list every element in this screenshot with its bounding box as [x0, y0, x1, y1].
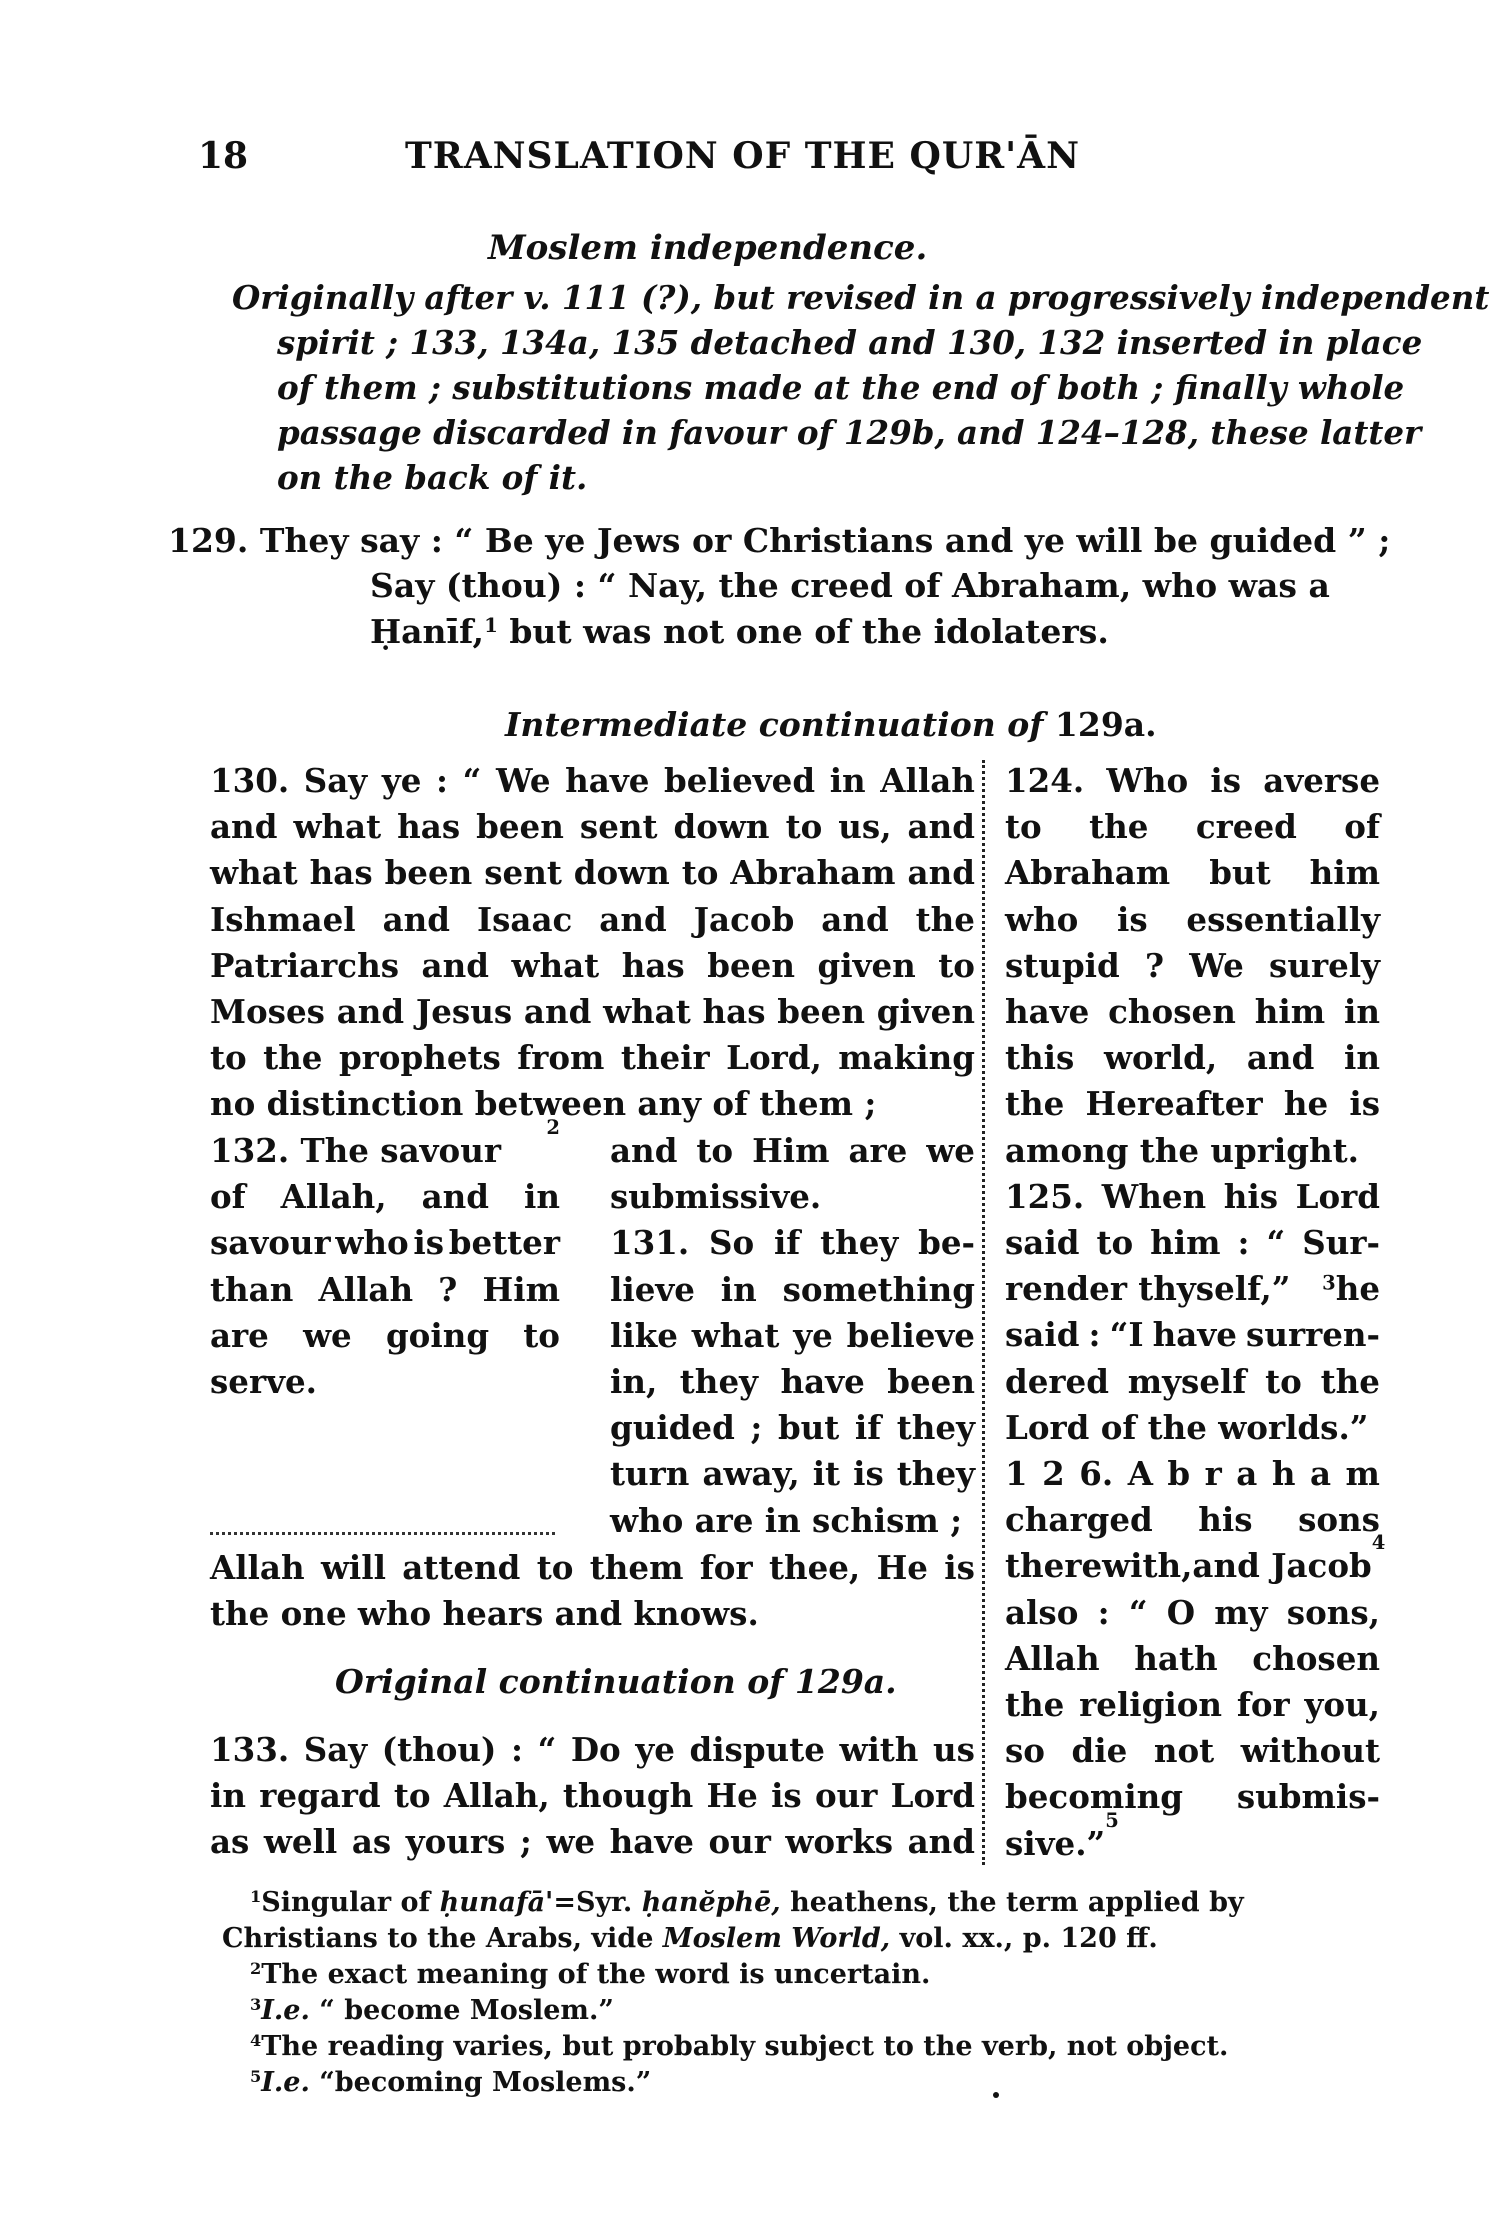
- verse-line: MosesandJesusandwhathasbeengiven: [210, 989, 975, 1035]
- verse-line: tothecreedof: [1005, 804, 1380, 850]
- footnote-text: I.e.: [261, 1995, 310, 2026]
- verse-line: arewegoingto: [210, 1313, 560, 1359]
- verse-line: also:“Omysons,: [1005, 1590, 1380, 1636]
- verse-line: submissive.: [610, 1174, 975, 1220]
- verse-line: sive.”5: [1005, 1821, 1380, 1867]
- verse-line: turnaway,itisthey: [610, 1451, 975, 1497]
- verse-line: 126.Abraham: [1005, 1451, 1380, 1497]
- footnote-ref-4[interactable]: 4: [1372, 1543, 1386, 1589]
- print-speck: [993, 2092, 999, 2098]
- footnote-number: 2: [250, 1959, 261, 1978]
- verse-line: theHereafterheis: [1005, 1081, 1380, 1127]
- subheading-original: Original continuation of 129a.: [335, 1662, 897, 1701]
- verse-line: whathasbeensentdowntoAbrahamand: [210, 850, 975, 896]
- dotted-omission-rule: [210, 1532, 555, 1535]
- verse-line: thisworld,andin: [1005, 1035, 1380, 1081]
- verse-line: chargedhissons: [1005, 1497, 1380, 1543]
- subheading-ref: 129a.: [1055, 705, 1157, 744]
- verse-line: Abrahambuthim: [1005, 850, 1380, 896]
- verse-line: 130.Sayye:“WehavebelievedinAllah: [210, 758, 975, 804]
- subheading-ref: 129a.: [795, 1662, 897, 1701]
- section-title: Moslem independence.: [488, 228, 927, 268]
- verse-line: 131.Soiftheybe-: [610, 1220, 975, 1266]
- verse-line: totheprophetsfromtheirLord,making: [210, 1035, 975, 1081]
- note-line: Originally after v. 111 (?), but revised…: [232, 275, 1380, 320]
- footnote-4: 4The reading varies, but probably subjec…: [222, 2029, 1382, 2065]
- verse-line: whoisessentially: [1005, 897, 1380, 943]
- verse-line: Say (thou) : “ Nay, the creed of Abraham…: [370, 563, 1380, 609]
- footnote-text: The exact meaning of the word is uncerta…: [261, 1959, 930, 1990]
- verse-line: andtoHimarewe: [610, 1128, 975, 1174]
- verse-text: but was not one of the idolaters.: [498, 612, 1109, 651]
- subheading-intermediate: Intermediate continuation of 129a.: [505, 705, 1157, 744]
- verse-line: lieveinsomething: [610, 1267, 975, 1313]
- verse-line: thanAllah?Him: [210, 1267, 560, 1313]
- verse-132-block: 132. The savour2 ofAllah,andin savourwho…: [210, 1128, 560, 1405]
- hanif-word: Ḥanīf,: [370, 612, 484, 651]
- page-number: 18: [198, 135, 248, 177]
- footnote-ref-2[interactable]: 2: [546, 1128, 560, 1174]
- verse-line: no distinction between any of them ;: [210, 1081, 975, 1127]
- verse-line: render thyself,”3 he: [1005, 1266, 1380, 1312]
- verse-text: render thyself,”: [1005, 1266, 1290, 1312]
- verse-line: deredmyselftothe: [1005, 1359, 1380, 1405]
- footnote-text: ḥunafā': [440, 1887, 554, 1918]
- footnote-number: 3: [250, 1995, 261, 2014]
- footnote-5: 5I.e. “becoming Moslems.”: [222, 2065, 1382, 2101]
- verse-text: therewith,and Jacob: [1005, 1543, 1372, 1589]
- verse-line: 125.WhenhisLord: [1005, 1174, 1380, 1220]
- verse-line: guided;butifthey: [610, 1405, 975, 1451]
- footnote-text: vol. xx., p. 120 ff.: [890, 1923, 1158, 1954]
- verse-text: sive.”: [1005, 1821, 1105, 1867]
- verse-131-block: andtoHimarewe submissive. 131.Soiftheybe…: [610, 1128, 975, 1544]
- verse-line: Lord of the worlds.”: [1005, 1405, 1380, 1451]
- footnote-number: 5: [250, 2067, 261, 2086]
- verse-line: ofAllah,andin: [210, 1174, 560, 1220]
- footnote-text: “becoming Moslems.”: [310, 2067, 651, 2098]
- verse-line: thereligionforyou,: [1005, 1682, 1380, 1728]
- note-line: on the back of it.: [232, 455, 1380, 500]
- verse-line: who are in schism ;: [610, 1498, 975, 1544]
- verse-line: becomingsubmis-: [1005, 1774, 1380, 1820]
- footnote-text: Singular of: [261, 1887, 439, 1918]
- verse-line: 124.Whoisaverse: [1005, 758, 1380, 804]
- footnotes: 1Singular of ḥunafā'=Syr. ḥanĕphē, heath…: [222, 1885, 1382, 2101]
- verse-line: stupid?Wesurely: [1005, 943, 1380, 989]
- footnote-ref-5[interactable]: 5: [1105, 1821, 1119, 1867]
- note-line: passage discarded in favour of 129b, and…: [232, 410, 1380, 455]
- footnote-text: heathens, the term applied by: [781, 1887, 1244, 1918]
- verse-line: inregardtoAllah,thoughHeisourLord: [210, 1773, 975, 1819]
- verse-line: therewith,and Jacob4: [1005, 1543, 1380, 1589]
- footnote-2: 2The exact meaning of the word is uncert…: [222, 1957, 1382, 1993]
- footnote-text: Christians to the Arabs, vide: [222, 1923, 663, 1954]
- footnote-text: ḥanĕphē,: [642, 1887, 781, 1918]
- right-column-verses: 124.Whoisaverse tothecreedof Abrahambuth…: [1005, 758, 1380, 1867]
- verse-133-block: 133.Say(thou):“Doyedisputewithus inregar…: [210, 1727, 975, 1866]
- verse-line: serve.: [210, 1359, 560, 1405]
- footnote-ref-1[interactable]: 1: [484, 613, 498, 637]
- footnote-number: 4: [250, 2031, 261, 2050]
- note-line: of them ; substitutions made at the end …: [232, 365, 1380, 410]
- footnote-text: I.e.: [261, 2067, 310, 2098]
- verse-line: aswellasyours;wehaveourworksand: [210, 1819, 975, 1865]
- footnote-number: 1: [250, 1887, 261, 1906]
- verse-text-tail: 3 he: [1322, 1266, 1380, 1312]
- verse-line: said:“Ihavesurren-: [1005, 1312, 1380, 1358]
- subheading-text: Original continuation of: [335, 1662, 795, 1701]
- note-line: spirit ; 133, 134a, 135 detached and 130…: [232, 320, 1380, 365]
- verse-129-continuation: Say (thou) : “ Nay, the creed of Abraham…: [370, 563, 1380, 655]
- footnote-text: Moslem World,: [663, 1923, 890, 1954]
- verse-line: among the upright.: [1005, 1128, 1380, 1174]
- verse-line: havechosenhimin: [1005, 989, 1380, 1035]
- editorial-note: Originally after v. 111 (?), but revised…: [232, 275, 1380, 500]
- verse-number: 129.: [168, 521, 248, 560]
- verse-line: andwhathasbeensentdowntous,and: [210, 804, 975, 850]
- verse-line: sodienotwithout: [1005, 1728, 1380, 1774]
- verse-text: They say : “ Be ye Jews or Christians an…: [260, 521, 1391, 560]
- verse-line: Allahhathchosen: [1005, 1636, 1380, 1682]
- footnote-text: “ become Moslem.”: [310, 1995, 614, 2026]
- verse-line: Patriarchsandwhathasbeengivento: [210, 943, 975, 989]
- verse-line: saidtohim:“Sur-: [1005, 1220, 1380, 1266]
- verse-line: IshmaelandIsaacandJacobandthe: [210, 897, 975, 943]
- column-divider: [982, 760, 985, 1865]
- verse-line: Allahwillattendtothemforthee,Heis: [210, 1545, 975, 1591]
- running-title: TRANSLATION OF THE QUR'ĀN: [405, 135, 1080, 177]
- verse-line: 132. The savour2: [210, 1128, 560, 1174]
- verse-line: 133.Say(thou):“Doyedisputewithus: [210, 1727, 975, 1773]
- subheading-text: Intermediate continuation of: [505, 705, 1055, 744]
- verse-text: 132. The savour: [210, 1128, 501, 1174]
- verse-line: likewhatyebelieve: [610, 1313, 975, 1359]
- footnote-1-cont: Christians to the Arabs, vide Moslem Wor…: [222, 1921, 1382, 1957]
- verse-line: the one who hears and knows.: [210, 1591, 975, 1637]
- verse-129-first-line: 129. They say : “ Be ye Jews or Christia…: [168, 518, 1390, 564]
- verse-line: savourwhoisbetter: [210, 1220, 560, 1266]
- footnote-3: 3I.e. “ become Moslem.”: [222, 1993, 1382, 2029]
- verse-text: he: [1336, 1266, 1380, 1312]
- footnote-text: The reading varies, but probably subject…: [261, 2031, 1228, 2062]
- verse-130-block: 130.Sayye:“WehavebelievedinAllah andwhat…: [210, 758, 975, 1128]
- footnote-1: 1Singular of ḥunafā'=Syr. ḥanĕphē, heath…: [222, 1885, 1382, 1921]
- footnote-text: =Syr.: [553, 1887, 641, 1918]
- verse-131-closing: Allahwillattendtothemforthee,Heis the on…: [210, 1545, 975, 1637]
- footnote-ref-3[interactable]: 3: [1322, 1272, 1336, 1295]
- verse-line: Ḥanīf,1 but was not one of the idolaters…: [370, 609, 1380, 655]
- verse-line: in,theyhavebeen: [610, 1359, 975, 1405]
